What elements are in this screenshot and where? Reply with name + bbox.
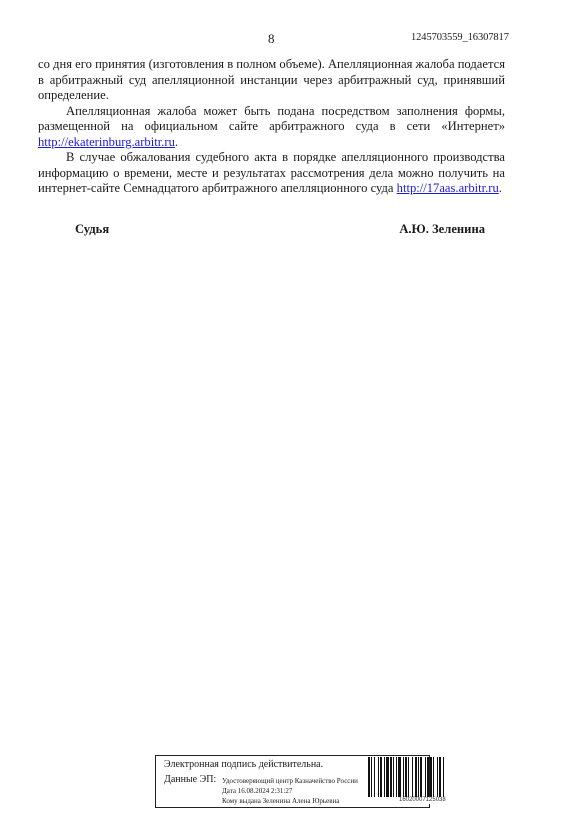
paragraph-online-filing: Апелляционная жалоба может быть подана п… [38,104,505,151]
e-signature-status: Электронная подпись действительна. [164,759,323,771]
ekaterinburg-arbitr-link[interactable]: http://ekaterinburg.arbitr.ru [38,135,175,149]
judge-role: Судья [75,221,109,237]
paragraph-appeal-info-end: . [499,181,502,195]
e-signature-label: Данные ЭП: [164,774,216,786]
barcode-number: 16020007125038 [398,797,447,804]
paragraph-online-filing-end: . [175,135,178,149]
paragraph-online-filing-text: Апелляционная жалоба может быть подана п… [38,104,505,134]
document-id: 1245703559_16307817 [411,31,509,45]
paragraph-appeal-info: В случае обжалования судебного акта в по… [38,150,505,197]
e-signature-details: Удостоверяющий центр Казначейство России… [222,776,358,806]
paragraph-appeal-deadline: со дня его принятия (изготовления в полн… [38,57,505,104]
page-number: 8 [268,31,275,47]
e-signature-date: Дата 16.08.2024 2:31:27 [222,786,358,796]
17aas-arbitr-link[interactable]: http://17aas.arbitr.ru [397,181,499,195]
judge-name: А.Ю. Зеленина [399,221,485,237]
document-body: со дня его принятия (изготовления в полн… [38,57,505,197]
barcode-icon [368,757,478,797]
e-signature-issued-to: Кому выдана Зеленина Алена Юрьевна [222,796,358,806]
e-signature-issuer: Удостоверяющий центр Казначейство России [222,776,358,786]
